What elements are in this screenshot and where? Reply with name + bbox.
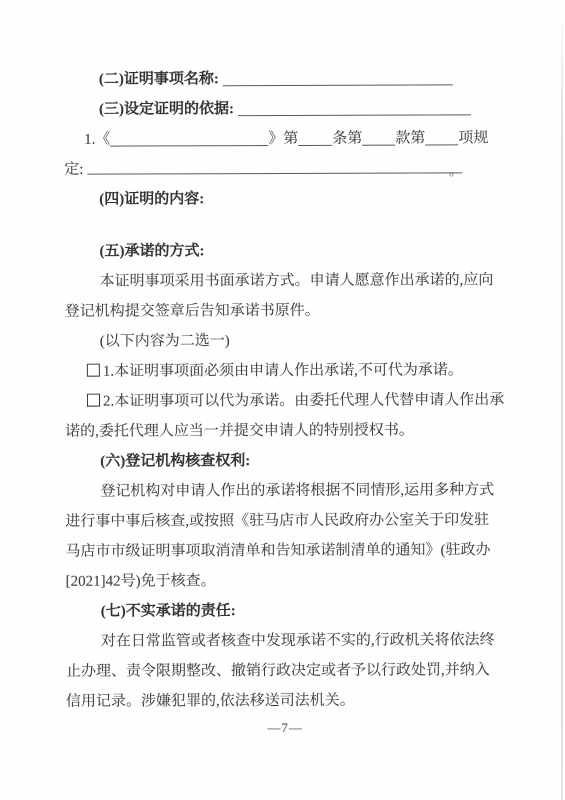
blank-underline	[238, 98, 471, 116]
basis-seg-clause: 款第	[395, 131, 425, 147]
basis-line-2: 定: 。	[64, 153, 502, 185]
section-heading-5: (五)承诺的方式:	[64, 235, 502, 267]
blank-underline	[110, 129, 268, 147]
option-2-continuation: 诺的,委托代理人应当一并提交申请人的特别授权书。	[65, 415, 503, 447]
choose-one-note: (以下内容为二选一)	[65, 325, 503, 357]
blank-space	[64, 213, 502, 237]
basis-line-1: 1.《》第条第款第项规	[64, 123, 502, 155]
book-title-close: 》第	[268, 131, 298, 147]
paragraph-line: 登记机构对申请人作出的承诺将根据不同情形,运用多种方式	[65, 475, 503, 507]
paragraph-line: 马店市市级证明事项取消清单和告知承诺制清单的通知》(驻政办	[65, 535, 503, 567]
basis-continuation: 定:	[64, 162, 83, 178]
trailing-period: 。	[449, 163, 462, 178]
field-line-name: (二)证明事项名称:	[64, 63, 502, 95]
field-line-basis: (三)设定证明的依据:	[64, 93, 502, 125]
scanned-document-page: (二)证明事项名称: (三)设定证明的依据: 1.《》第条第款第项规 定: 。 …	[0, 0, 565, 800]
option-1: 1.本证明事项面必须由申请人作出承诺,不可代为承诺。	[65, 355, 503, 387]
paragraph-line: 登记机构提交签章后告知承诺书原件。	[65, 295, 503, 327]
checkbox-2-icon	[87, 394, 100, 407]
field-label-basis: (三)设定证明的依据:	[99, 101, 234, 117]
page-number: —7—	[66, 715, 504, 741]
paragraph-line: 本证明事项采用书面承诺方式。申请人愿意作出承诺的,应向	[65, 265, 503, 297]
section-heading-6: (六)登记机构核查权利:	[65, 445, 503, 477]
scan-edge-shadow	[561, 26, 563, 800]
blank-underline: 。	[87, 156, 462, 174]
book-title-open: 《	[95, 132, 110, 148]
paragraph-line: 信用记录。涉嫌犯罪的,依法移送司法机关。	[66, 685, 504, 717]
blank-underline	[362, 129, 395, 146]
option-2: 2.本证明事项可以代为承诺。由委托代理人代替申请人作出承	[65, 385, 503, 417]
basis-number: 1.	[84, 132, 95, 148]
blank-underline	[298, 129, 332, 146]
paragraph-line: [2021]42号)免于核查。	[66, 565, 504, 597]
field-label-name: (二)证明事项名称:	[99, 71, 219, 87]
blank-underline	[425, 128, 458, 145]
blank-underline	[223, 68, 453, 86]
paragraph-line: 对在日常监管或者核查中发现承诺不实的,行政机关将依法终	[66, 625, 504, 657]
document-content: (二)证明事项名称: (三)设定证明的依据: 1.《》第条第款第项规 定: 。 …	[64, 63, 504, 741]
paragraph-line: 进行事中事后核查,或按照《驻马店市人民政府办公室关于印发驻	[65, 505, 503, 537]
basis-seg-article: 条第	[332, 131, 362, 147]
section-heading-4: (四)证明的内容:	[64, 183, 502, 215]
basis-seg-item: 项规	[458, 130, 488, 146]
section-heading-7: (七)不实承诺的责任:	[66, 595, 504, 627]
checkbox-1-icon	[87, 364, 100, 377]
paragraph-line: 止办理、责令限期整改、撤销行政决定或者予以行政处罚,并纳入	[66, 655, 504, 687]
